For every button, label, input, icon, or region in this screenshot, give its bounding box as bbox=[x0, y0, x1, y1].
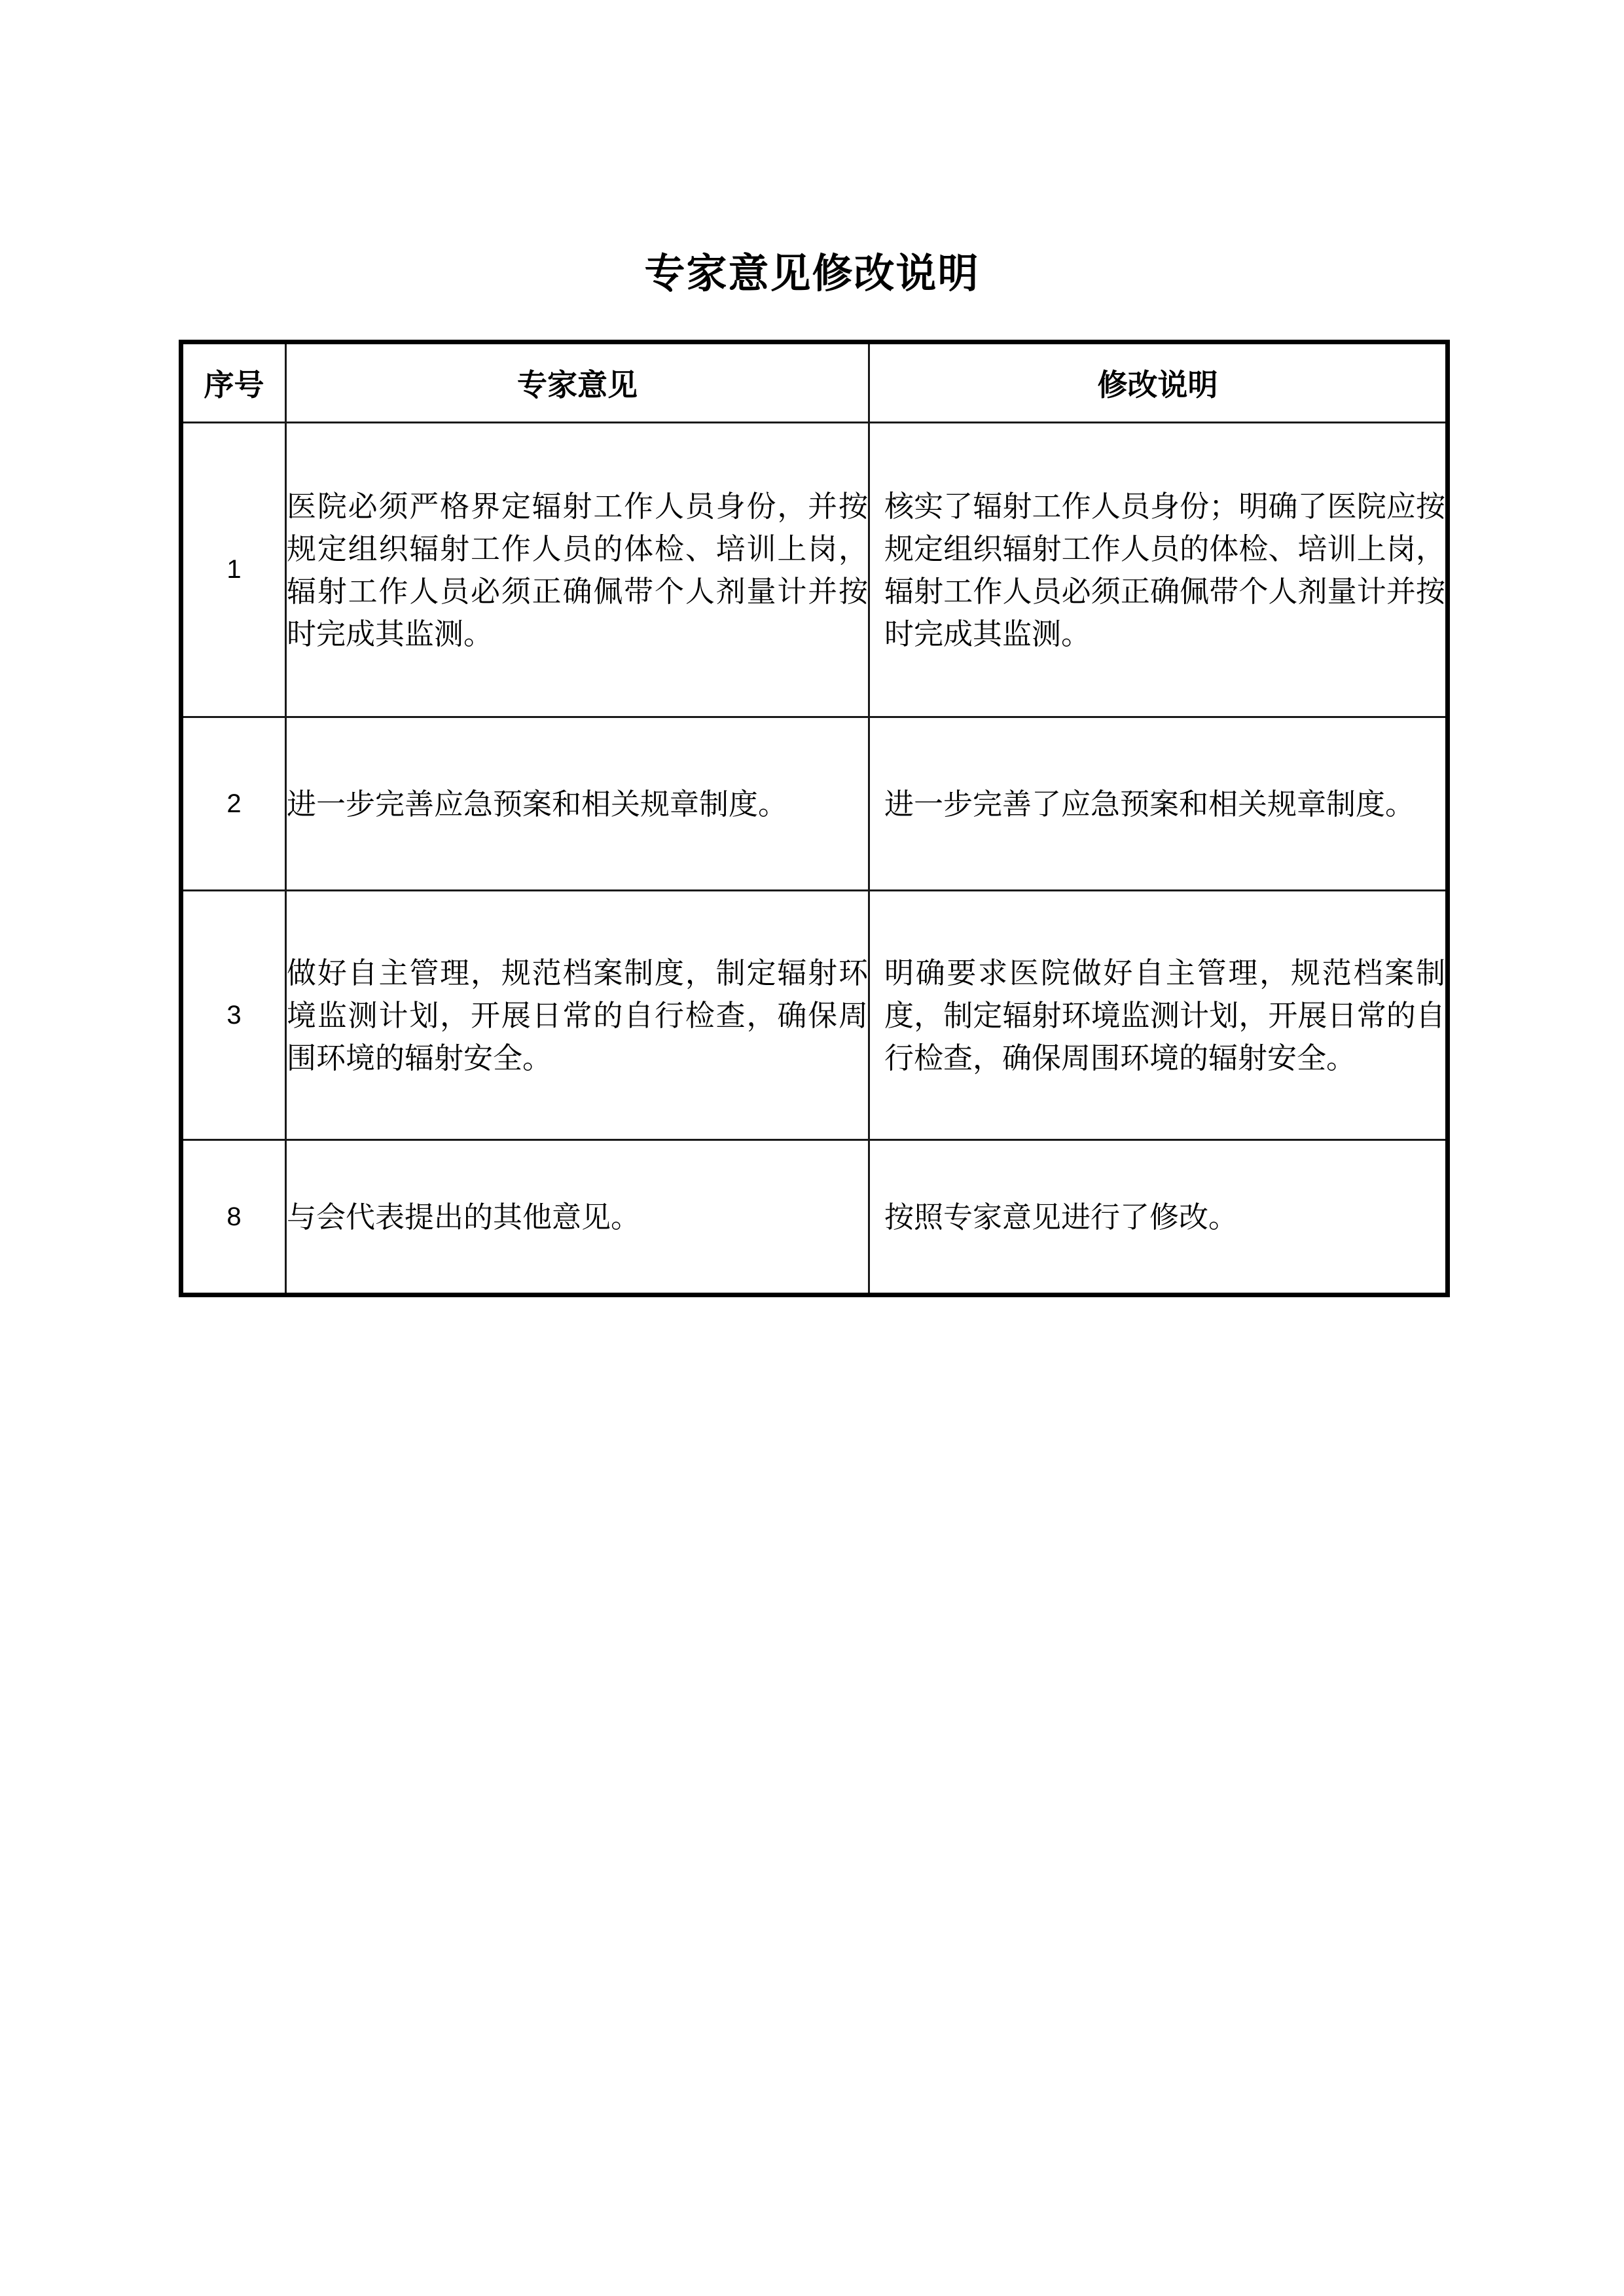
revision-note-cell: 按照专家意见进行了修改。 bbox=[869, 1140, 1448, 1295]
expert-opinion-table: 序号 专家意见 修改说明 1 医院必须严格界定辐射工作人员身份，并按规定组织辐射… bbox=[179, 340, 1450, 1297]
row-number: 3 bbox=[181, 891, 286, 1140]
table-row: 8 与会代表提出的其他意见。 按照专家意见进行了修改。 bbox=[181, 1140, 1448, 1295]
expert-opinion-cell: 进一步完善应急预案和相关规章制度。 bbox=[286, 717, 869, 891]
row-number: 1 bbox=[181, 423, 286, 717]
header-expert-opinion: 专家意见 bbox=[286, 342, 869, 423]
table-row: 1 医院必须严格界定辐射工作人员身份，并按规定组织辐射工作人员的体检、培训上岗，… bbox=[181, 423, 1448, 717]
header-serial-number: 序号 bbox=[181, 342, 286, 423]
page-title: 专家意见修改说明 bbox=[0, 247, 1624, 300]
table-header-row: 序号 专家意见 修改说明 bbox=[181, 342, 1448, 423]
table-row: 3 做好自主管理，规范档案制度，制定辐射环境监测计划，开展日常的自行检查，确保周… bbox=[181, 891, 1448, 1140]
row-number: 2 bbox=[181, 717, 286, 891]
table-row: 2 进一步完善应急预案和相关规章制度。 进一步完善了应急预案和相关规章制度。 bbox=[181, 717, 1448, 891]
expert-opinion-cell: 医院必须严格界定辐射工作人员身份，并按规定组织辐射工作人员的体检、培训上岗，辐射… bbox=[286, 423, 869, 717]
header-revision-note: 修改说明 bbox=[869, 342, 1448, 423]
expert-opinion-cell: 与会代表提出的其他意见。 bbox=[286, 1140, 869, 1295]
expert-opinion-cell: 做好自主管理，规范档案制度，制定辐射环境监测计划，开展日常的自行检查，确保周围环… bbox=[286, 891, 869, 1140]
row-number: 8 bbox=[181, 1140, 286, 1295]
revision-note-cell: 核实了辐射工作人员身份；明确了医院应按规定组织辐射工作人员的体检、培训上岗，辐射… bbox=[869, 423, 1448, 717]
revision-note-cell: 进一步完善了应急预案和相关规章制度。 bbox=[869, 717, 1448, 891]
revision-note-cell: 明确要求医院做好自主管理，规范档案制度，制定辐射环境监测计划，开展日常的自行检查… bbox=[869, 891, 1448, 1140]
